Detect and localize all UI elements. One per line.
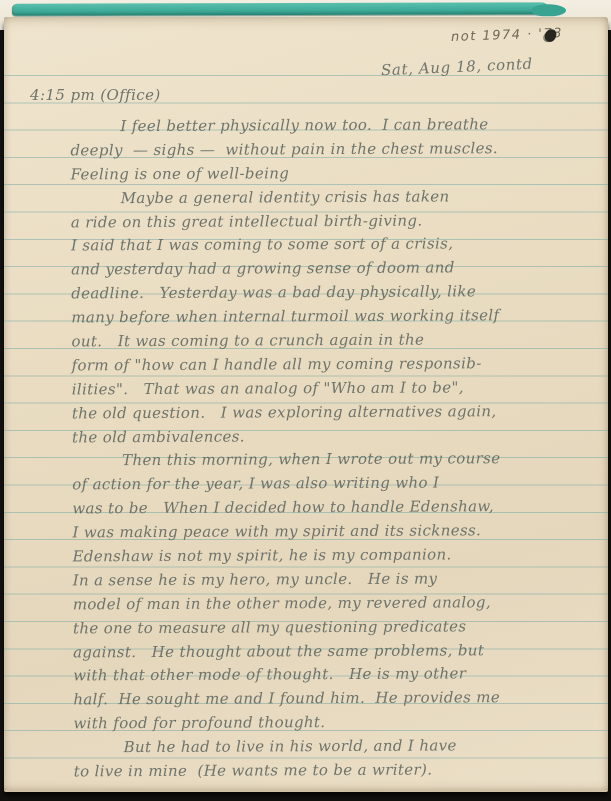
handwritten-line: many before when internal turmoil was wo…	[71, 304, 601, 331]
handwritten-line: model of man in the other mode, my rever…	[73, 590, 603, 617]
handwritten-line: the old question. I was exploring altern…	[72, 399, 602, 426]
time-location-heading: 4:15 pm (Office)	[30, 86, 161, 104]
handwritten-line: deeply — sighs — without pain in the che…	[70, 137, 600, 164]
handwritten-line: the one to measure all my questioning pr…	[73, 614, 603, 641]
handwritten-line: In a sense he is my hero, my uncle. He i…	[73, 567, 603, 594]
handwritten-line: out. It was coming to a crunch again in …	[71, 328, 601, 355]
notebook-paper: not 1974 · '73 Sat, Aug 18, contd 4:15 p…	[4, 17, 608, 790]
handwritten-line: half. He sought me and I found him. He p…	[73, 686, 603, 713]
handwritten-line: Maybe a general identity crisis has take…	[71, 184, 601, 211]
handwritten-line: the old ambivalences.	[72, 423, 602, 450]
binding-tape-blob	[532, 4, 566, 16]
binding-tape	[12, 2, 548, 15]
handwritten-line: against. He thought about the same probl…	[73, 638, 603, 665]
letter-body: I feel better physically now too. I can …	[70, 113, 603, 785]
handwritten-line: with food for profound thought.	[73, 710, 603, 737]
handwritten-line: I was making peace with my spirit and it…	[72, 519, 602, 546]
handwritten-line: I feel better physically now too. I can …	[70, 113, 600, 140]
handwritten-line: Feeling is one of well-being	[71, 160, 601, 187]
handwritten-line: But he had to live in his world, and I h…	[74, 734, 604, 761]
handwritten-line: Then this morning, when I wrote out my c…	[72, 447, 602, 474]
handwritten-line: ilities". That was an analog of "Who am …	[72, 375, 602, 402]
handwritten-line: was to be When I decided how to handle E…	[72, 495, 602, 522]
scanned-letter-page: not 1974 · '73 Sat, Aug 18, contd 4:15 p…	[0, 0, 611, 801]
handwritten-line: to live in mine (He wants me to be a wri…	[74, 758, 604, 785]
handwritten-line: I said that I was coming to some sort of…	[71, 232, 601, 259]
handwritten-line: and yesterday had a growing sense of doo…	[71, 256, 601, 283]
handwritten-line: Edenshaw is not my spirit, he is my comp…	[73, 543, 603, 570]
handwritten-line: with that other mode of thought. He is m…	[73, 662, 603, 689]
handwritten-line: of action for the year, I was also writi…	[72, 471, 602, 498]
handwritten-line: deadline. Yesterday was a bad day physic…	[71, 280, 601, 307]
handwritten-line: form of "how can I handle all my coming …	[72, 352, 602, 379]
handwritten-line: a ride on this great intellectual birth-…	[71, 208, 601, 235]
